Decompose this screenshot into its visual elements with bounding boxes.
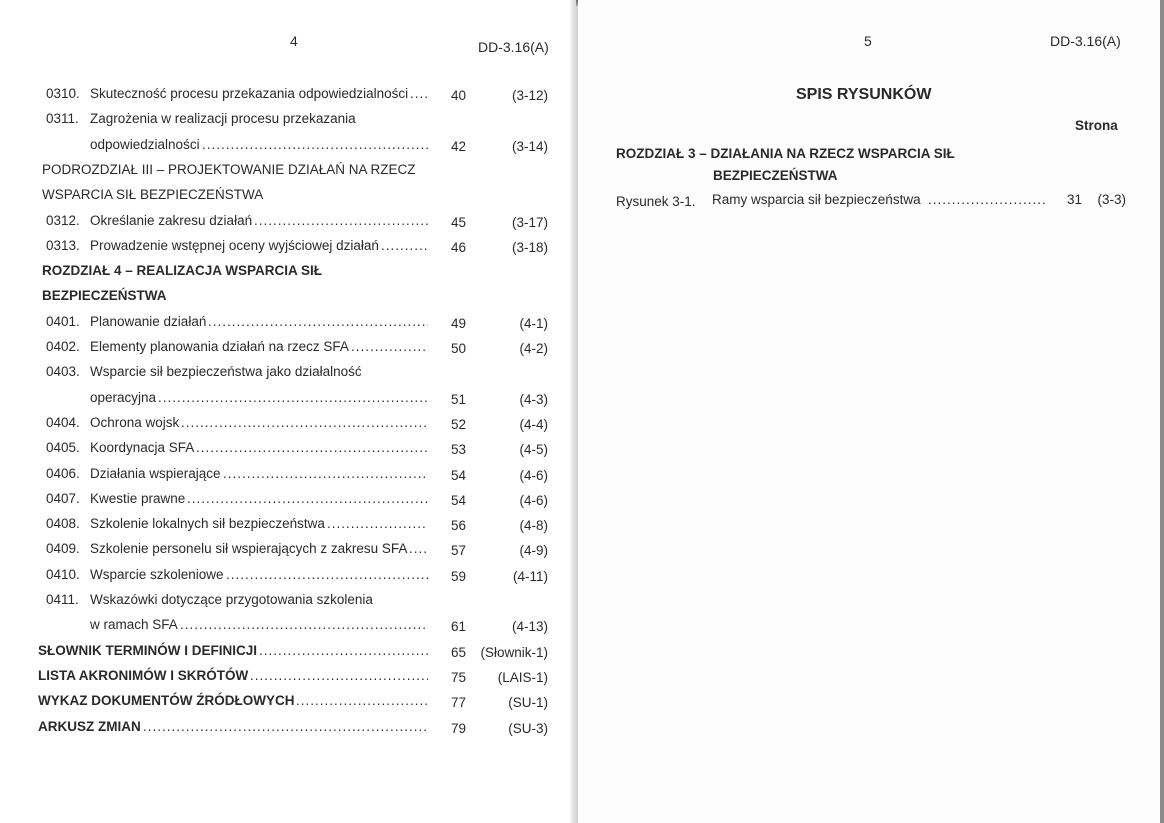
entry-title: Planowanie działań (90, 314, 206, 329)
entry-ref: (4-4) (458, 417, 548, 432)
entry-title: ARKUSZ ZMIAN (38, 719, 141, 734)
page-column-label: Strona (1075, 118, 1118, 133)
entry-number: 0406. (46, 466, 80, 481)
chapter-title-line2: BEZPIECZEŃSTWA (713, 168, 838, 183)
doc-code: DD-3.16(A) (478, 39, 549, 55)
entry-ref: (3-17) (458, 215, 548, 230)
section-heading: PODROZDZIAŁ III – PROJEKTOWANIE DZIAŁAŃ … (42, 162, 416, 177)
leader-dots: ........................................… (254, 213, 428, 228)
entry-number: 0407. (46, 491, 80, 506)
entry-title: Zagrożenia w realizacji procesu przekaza… (90, 111, 356, 126)
entry-title: WYKAZ DOKUMENTÓW ŹRÓDŁOWYCH (38, 693, 294, 708)
entry-title: SŁOWNIK TERMINÓW I DEFINICJI (38, 643, 257, 658)
entry-number: 0402. (46, 339, 80, 354)
entry-title: Kwestie prawne (90, 491, 185, 506)
entry-number: 0411. (46, 592, 79, 607)
section-heading: ROZDZIAŁ 4 – REALIZACJA WSPARCIA SIŁ (42, 263, 322, 278)
leader-dots: ........................................… (158, 390, 428, 405)
entry-title: Wsparcie szkoleniowe (90, 567, 224, 582)
entry-ref: (3-18) (458, 240, 548, 255)
entry-ref: (4-2) (458, 341, 548, 356)
leader-dots: ........................................… (208, 314, 428, 329)
right-page: 5 DD-3.16(A) SPIS RYSUNKÓW Strona ROZDZI… (578, 0, 1164, 823)
section-heading: WSPARCIA SIŁ BEZPIECZEŃSTWA (42, 187, 263, 202)
chapter-prefix: ROZDZIAŁ 3 – (616, 146, 711, 161)
leader-dots: ........................................… (327, 516, 428, 531)
page-number: 5 (864, 33, 872, 49)
figure-label: Rysunek 3-1. (616, 194, 696, 209)
entry-title: Prowadzenie wstępnej oceny wyjściowej dz… (90, 238, 379, 253)
leader-dots: ........................................… (180, 617, 428, 632)
entry-number: 0409. (46, 541, 80, 556)
entry-title: Koordynacja SFA (90, 440, 194, 455)
entry-title: Szkolenie personelu sił wspierających z … (90, 541, 407, 556)
entry-title-continued: odpowiedzialności (90, 137, 200, 152)
leader-dots: ........................................… (381, 238, 428, 253)
entry-title-continued: w ramach SFA (90, 617, 178, 632)
entry-ref: (4-13) (458, 619, 548, 634)
entry-title: Działania wspierające (90, 466, 221, 481)
entry-ref: (4-3) (458, 392, 548, 407)
entry-ref: (SU-3) (458, 721, 548, 736)
leader-dots: ........................................… (143, 719, 428, 734)
entry-title: Skuteczność procesu przekazania odpowied… (90, 86, 408, 101)
figure-title: Ramy wsparcia sił bezpieczeństwa (712, 192, 921, 207)
entry-title: Wsparcie sił bezpieczeństwa jako działal… (90, 364, 362, 379)
leader-dots: ........................................… (226, 567, 428, 582)
entry-number: 0312. (46, 213, 80, 228)
entry-title: Wskazówki dotyczące przygotowania szkole… (90, 592, 373, 607)
leader-dots: ........................................… (259, 643, 428, 658)
leader-dots: ........................................… (351, 339, 428, 354)
entry-title: Określanie zakresu działań (90, 213, 252, 228)
entry-number: 0311. (46, 111, 79, 126)
entry-title: Ochrona wojsk (90, 415, 179, 430)
entry-ref: (4-6) (458, 468, 548, 483)
leader-dots: ........................................… (410, 86, 428, 101)
entry-ref: (4-11) (458, 569, 548, 584)
entry-number: 0401. (46, 314, 80, 329)
section-heading: BEZPIECZEŃSTWA (42, 288, 167, 303)
entry-title: Szkolenie lokalnych sił bezpieczeństwa (90, 516, 325, 531)
entry-ref: (3-12) (458, 88, 548, 103)
leader-dots: ........................................… (409, 541, 428, 556)
leader-dots: ........................................… (181, 415, 428, 430)
entry-ref: (3-14) (458, 139, 548, 154)
scan-edge (1160, 0, 1164, 823)
entry-number: 0408. (46, 516, 80, 531)
entry-title: LISTA AKRONIMÓW I SKRÓTÓW (38, 668, 248, 683)
doc-code: DD-3.16(A) (1050, 33, 1121, 49)
leader-dots: ........................................… (196, 440, 428, 455)
entry-number: 0410. (46, 567, 80, 582)
list-of-figures-title: SPIS RYSUNKÓW (796, 86, 931, 104)
entry-ref: (4-5) (458, 442, 548, 457)
page-number: 4 (290, 33, 298, 49)
entry-ref: (SU-1) (458, 695, 548, 710)
entry-number: 0310. (46, 86, 80, 101)
chapter-heading: ROZDZIAŁ 3 – DZIAŁANIA NA RZECZ WSPARCIA… (616, 146, 955, 161)
entry-ref: (Słownik-1) (458, 645, 548, 660)
entry-title-continued: operacyjna (90, 390, 156, 405)
figure-ref: (3-3) (1036, 192, 1126, 207)
entry-number: 0405. (46, 440, 80, 455)
left-page: 4 DD-3.16(A) 0310.Skuteczność procesu pr… (0, 0, 572, 823)
entry-ref: (LAIS-1) (458, 670, 548, 685)
leader-dots: ........................................… (250, 668, 428, 683)
leader-dots: ........................................… (296, 693, 428, 708)
entry-title: Elementy planowania działań na rzecz SFA (90, 339, 349, 354)
entry-number: 0403. (46, 364, 80, 379)
leader-dots: ........................................… (223, 466, 428, 481)
entry-ref: (4-9) (458, 543, 548, 558)
leader-dots: ........................................… (202, 137, 428, 152)
entry-number: 0404. (46, 415, 80, 430)
entry-ref: (4-8) (458, 518, 548, 533)
leader-dots: ........................................… (187, 491, 428, 506)
entry-number: 0313. (46, 238, 80, 253)
entry-ref: (4-6) (458, 493, 548, 508)
chapter-title-line1: DZIAŁANIA NA RZECZ WSPARCIA SIŁ (711, 146, 955, 161)
entry-ref: (4-1) (458, 316, 548, 331)
